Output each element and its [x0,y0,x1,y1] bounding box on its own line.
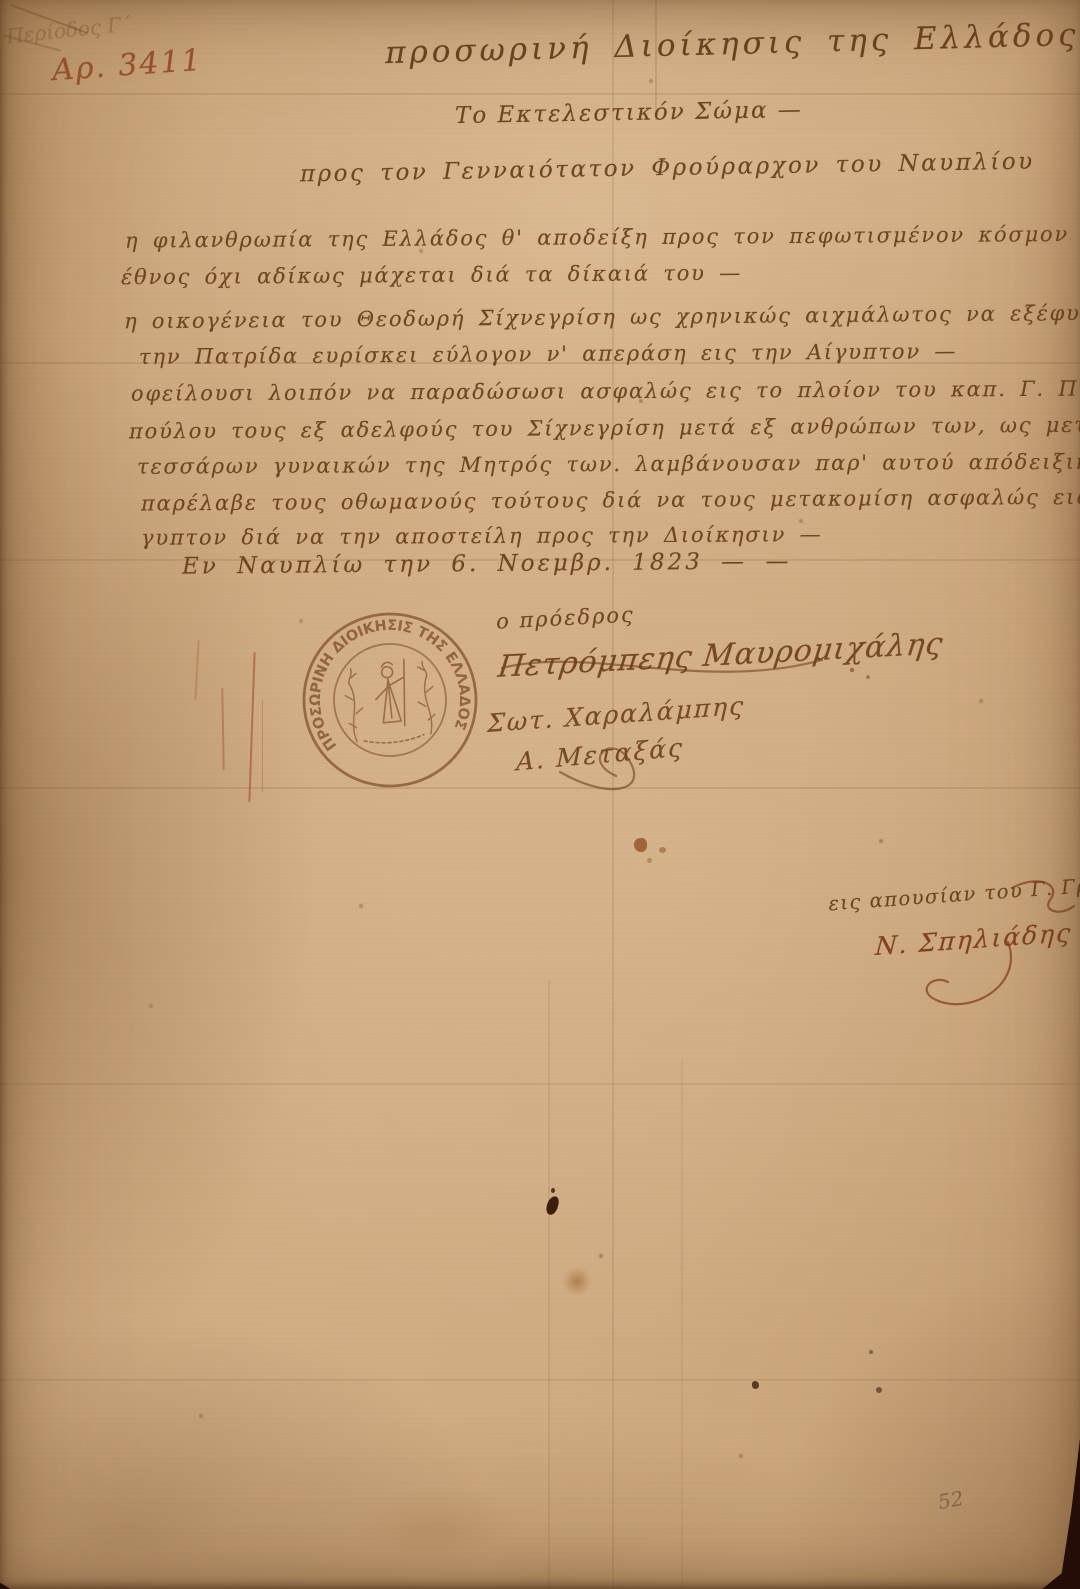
document-title: προσωρινή Διοίκησις της Ελλάδος [385,17,1080,71]
stain [869,1350,873,1354]
body-line: τεσσάρων γυναικών της Μητρός των. λαμβάν… [137,449,1080,478]
dateline: Εν Ναυπλίω την 6. Νοεμβρ. 1823 — — [182,548,792,579]
member-signature: Α. Μεταξάς [516,733,684,777]
body-line: η οικογένεια του Θεοδωρή Σίχνεγρίση ως χ… [124,301,1080,334]
fold-line [548,980,550,1589]
fold-line [0,787,1080,789]
seal-branch-left [343,668,367,742]
body-line: γυπτον διά να την αποστείλη προς την Διο… [141,522,822,550]
member-signature: Σωτ. Χαραλάμπης [487,691,746,738]
issuer-line: Το Εκτελεστικόν Σώμα — [455,97,803,129]
stain [752,1381,759,1389]
scratch-mark [248,652,255,802]
registry-faded-annotation: Περίοδος Γ΄ [5,12,132,49]
fold-line [0,1379,1080,1381]
registry-number: Αρ. 3411 [51,43,204,88]
fold-line [0,1083,1080,1085]
fold-line [0,93,1080,95]
scratch-mark [262,700,263,792]
addressee-line: προς τον Γενναιότατον Φρούραρχον του Ναυ… [300,149,1035,188]
scratch-mark [221,688,224,770]
seal-branch-right [414,661,438,735]
fold-line [681,1060,683,1589]
president-signature: Πετρόμπεης Μαυρομιχάλης [496,626,945,685]
stain [360,1490,520,1560]
paper-speckles [500,0,502,2]
stain [659,847,666,853]
stain [647,858,652,863]
stain [876,1387,882,1393]
photographed-document: Περίοδος Γ΄ Αρ. 3411 προσωρινή Διοίκησις… [0,0,1080,1589]
body-line: έθνος όχι αδίκως μάχεται διά τα δίκαιά τ… [121,261,742,289]
secretary-absence-line: εις απουσίαν του Γ. Γραμ. [828,872,1080,916]
body-line: πούλου τους εξ αδελφούς του Σίχνεγρίση μ… [129,413,1080,444]
body-line: οφείλουσι λοιπόν να παραδώσωσι ασφαλώς ε… [131,376,1080,405]
body-line: η φιλανθρωπία της Ελλάδος θ' αποδείξη πρ… [125,221,1080,252]
body-line: παρέλαβε τους οθωμανούς τούτους διά να τ… [141,485,1080,516]
stain [562,1268,592,1295]
secretary-signature: Ν. Σπηλιάδης [874,918,1073,961]
stain [634,838,647,852]
pencil-mark: 52 [936,1486,965,1514]
signature-role: ο πρόεδρος [495,602,635,633]
seal-athena-figure [356,658,424,745]
body-line: την Πατρίδα ευρίσκει εύλογον ν' απεράση … [139,339,957,369]
document-paper: Περίοδος Γ΄ Αρ. 3411 προσωρινή Διοίκησις… [0,0,1080,1589]
official-seal: ΠΡΟΣΩΡΙΝΗ ΔΙΟΙΚΗΣΙΣ ΤΗΣ ΕΛΛΑΔΟΣ [287,597,494,804]
ink-blot [551,1188,555,1193]
scratch-mark [194,640,199,700]
